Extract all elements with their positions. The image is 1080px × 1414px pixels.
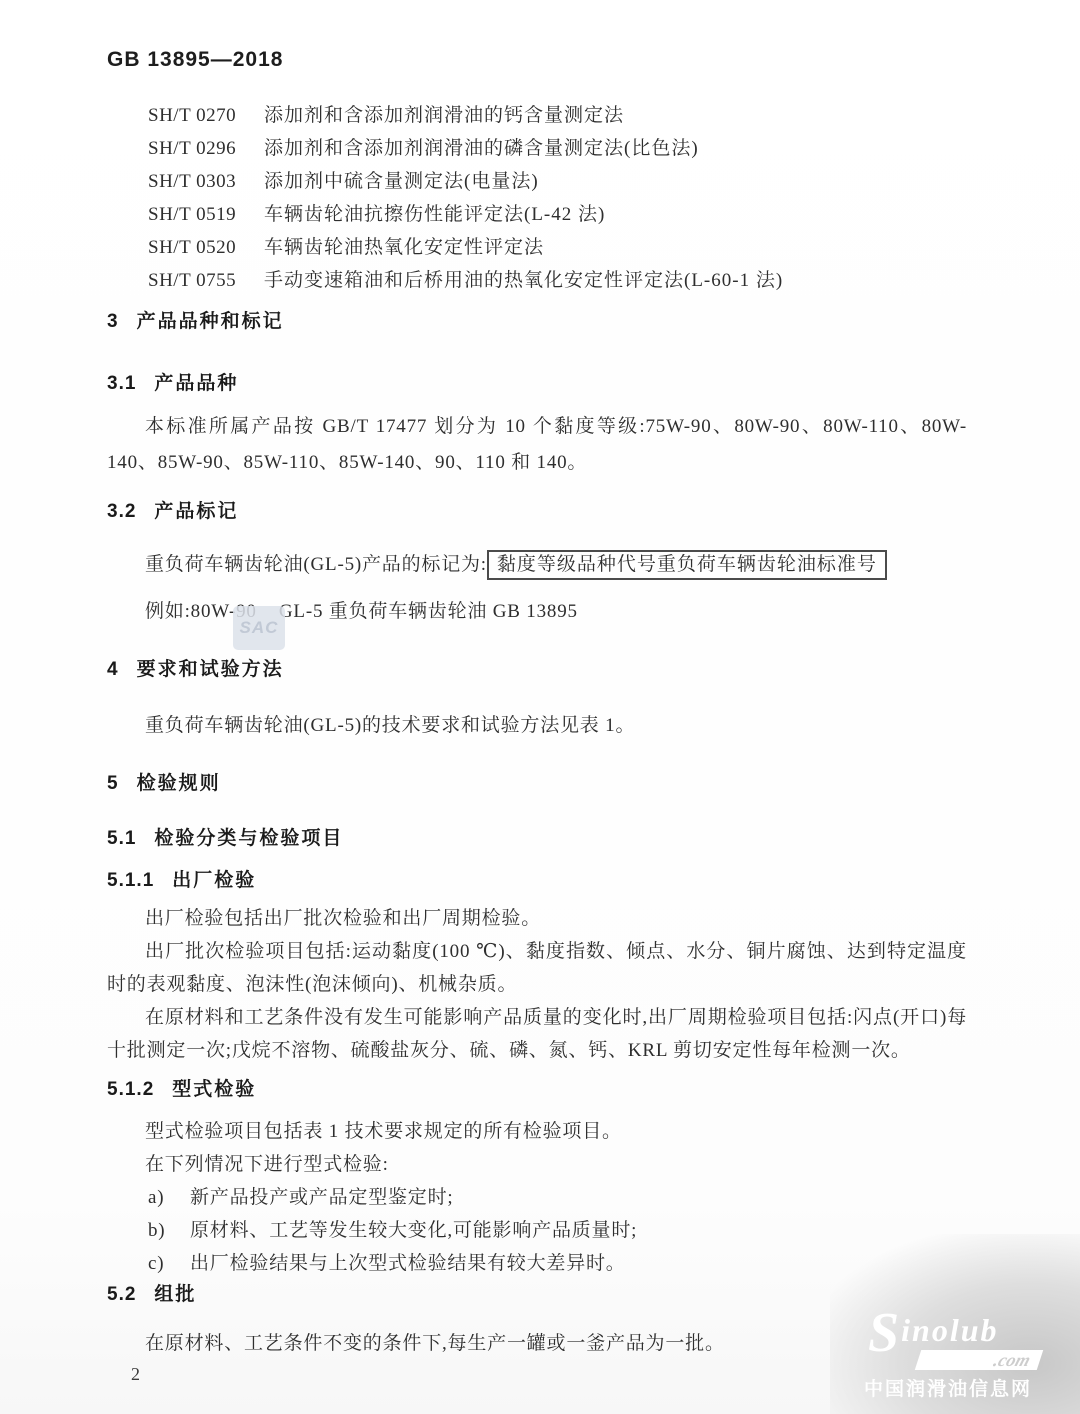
reference-title: 车辆齿轮油抗擦伤性能评定法(L-42 法) <box>264 204 605 225</box>
list-item-label: b) <box>148 1214 190 1247</box>
section-title: 产品品种 <box>154 373 238 394</box>
sinolub-caption: 中国润滑油信息网 <box>864 1374 1032 1401</box>
reference-title: 添加剂和含添加剂润滑油的磷含量测定法(比色法) <box>264 138 699 159</box>
marking-prefix: 重负荷车辆齿轮油(GL-5)产品的标记为: <box>145 554 487 575</box>
reference-item: SH/T 0303添加剂中硫含量测定法(电量法) <box>148 165 967 198</box>
reference-item: SH/T 0519车辆齿轮油抗擦伤性能评定法(L-42 法) <box>148 198 967 231</box>
section-3-1-heading: 3.1产品品种 <box>107 371 967 397</box>
reference-code: SH/T 0296 <box>148 132 264 165</box>
reference-item: SH/T 0296添加剂和含添加剂润滑油的磷含量测定法(比色法) <box>148 132 967 165</box>
section-number: 4 <box>107 659 119 680</box>
section-number: 5.1.2 <box>107 1079 154 1100</box>
section-5-1-1-paragraph-1: 出厂检验包括出厂批次检验和出厂周期检验。 <box>107 902 967 935</box>
list-item-a: a)新产品投产或产品定型鉴定时; <box>148 1181 967 1214</box>
reference-item: SH/T 0755手动变速箱油和后桥用油的热氧化安定性评定法(L-60-1 法) <box>148 264 967 297</box>
section-number: 3 <box>107 311 119 332</box>
list-item-label: c) <box>148 1247 190 1280</box>
section-number: 3.1 <box>107 373 136 394</box>
section-title: 产品品种和标记 <box>137 311 284 332</box>
reference-code: SH/T 0303 <box>148 165 264 198</box>
document-page: GB 13895—2018 SH/T 0270添加剂和含添加剂润滑油的钙含量测定… <box>0 0 1080 1414</box>
sinolub-watermark: Sinolub .com 中国润滑油信息网 <box>830 1234 1080 1414</box>
reference-title: 车辆齿轮油热氧化安定性评定法 <box>264 237 544 258</box>
reference-item: SH/T 0520车辆齿轮油热氧化安定性评定法 <box>148 231 967 264</box>
section-number: 5 <box>107 773 119 794</box>
section-number: 3.2 <box>107 501 136 522</box>
section-title: 检验规则 <box>137 773 221 794</box>
reference-title: 添加剂中硫含量测定法(电量法) <box>264 171 539 192</box>
reference-code: SH/T 0755 <box>148 264 264 297</box>
section-title: 出厂检验 <box>172 870 256 891</box>
reference-code: SH/T 0520 <box>148 231 264 264</box>
section-title: 组批 <box>154 1284 196 1305</box>
section-title: 产品标记 <box>154 501 238 522</box>
section-number: 5.2 <box>107 1284 136 1305</box>
section-4-heading: 4要求和试验方法 <box>107 657 967 683</box>
list-item-text: 原材料、工艺等发生较大变化,可能影响产品质量时; <box>190 1214 637 1247</box>
section-title: 要求和试验方法 <box>137 659 284 680</box>
sinolub-logo-text: inolub <box>901 1312 998 1348</box>
page-number: 2 <box>131 1364 140 1385</box>
section-5-1-2-heading: 5.1.2型式检验 <box>107 1077 967 1103</box>
section-4-paragraph: 重负荷车辆齿轮油(GL-5)的技术要求和试验方法见表 1。 <box>107 709 967 742</box>
standard-number: GB 13895—2018 <box>107 46 967 73</box>
reference-code: SH/T 0270 <box>148 99 264 132</box>
section-5-1-1-paragraph-2: 出厂批次检验项目包括:运动黏度(100 ℃)、黏度指数、倾点、水分、铜片腐蚀、达… <box>107 935 967 1001</box>
list-item-text: 出厂检验结果与上次型式检验结果有较大差异时。 <box>190 1247 626 1280</box>
section-number: 5.1.1 <box>107 870 154 891</box>
sac-stamp-watermark: SAC <box>233 606 285 650</box>
references-list: SH/T 0270添加剂和含添加剂润滑油的钙含量测定法 SH/T 0296添加剂… <box>148 99 967 297</box>
section-5-1-1-paragraph-3: 在原材料和工艺条件没有发生可能影响产品质量的变化时,出厂周期检验项目包括:闪点(… <box>107 1001 967 1067</box>
sinolub-logo: Sinolub <box>868 1312 999 1353</box>
section-5-1-2-paragraph-1: 型式检验项目包括表 1 技术要求规定的所有检验项目。 <box>107 1115 967 1148</box>
section-title: 型式检验 <box>172 1079 256 1100</box>
section-number: 5.1 <box>107 828 136 849</box>
reference-item: SH/T 0270添加剂和含添加剂润滑油的钙含量测定法 <box>148 99 967 132</box>
reference-title: 手动变速箱油和后桥用油的热氧化安定性评定法(L-60-1 法) <box>264 270 783 291</box>
marking-line: 重负荷车辆齿轮油(GL-5)产品的标记为:黏度等级品种代号重负荷车辆齿轮油标准号 <box>107 547 967 583</box>
sinolub-domain-bar: .com <box>915 1350 1043 1370</box>
list-item-label: a) <box>148 1181 190 1214</box>
section-5-1-heading: 5.1检验分类与检验项目 <box>107 826 967 852</box>
list-item-text: 新产品投产或产品定型鉴定时; <box>190 1181 453 1214</box>
section-5-1-2-paragraph-2: 在下列情况下进行型式检验: <box>107 1148 967 1181</box>
document-content: GB 13895—2018 SH/T 0270添加剂和含添加剂润滑油的钙含量测定… <box>107 0 967 1360</box>
section-5-heading: 5检验规则 <box>107 771 967 797</box>
section-title: 检验分类与检验项目 <box>154 828 343 849</box>
section-3-2-heading: 3.2产品标记 <box>107 499 967 525</box>
marking-boxed-text: 黏度等级品种代号重负荷车辆齿轮油标准号 <box>487 550 887 580</box>
section-5-1-1-heading: 5.1.1出厂检验 <box>107 868 967 894</box>
section-3-1-paragraph: 本标准所属产品按 GB/T 17477 划分为 10 个黏度等级:75W-90、… <box>107 409 967 481</box>
sinolub-logo-s: S <box>868 1302 901 1364</box>
reference-code: SH/T 0519 <box>148 198 264 231</box>
section-3-heading: 3产品品种和标记 <box>107 309 967 335</box>
reference-title: 添加剂和含添加剂润滑油的钙含量测定法 <box>264 105 624 126</box>
